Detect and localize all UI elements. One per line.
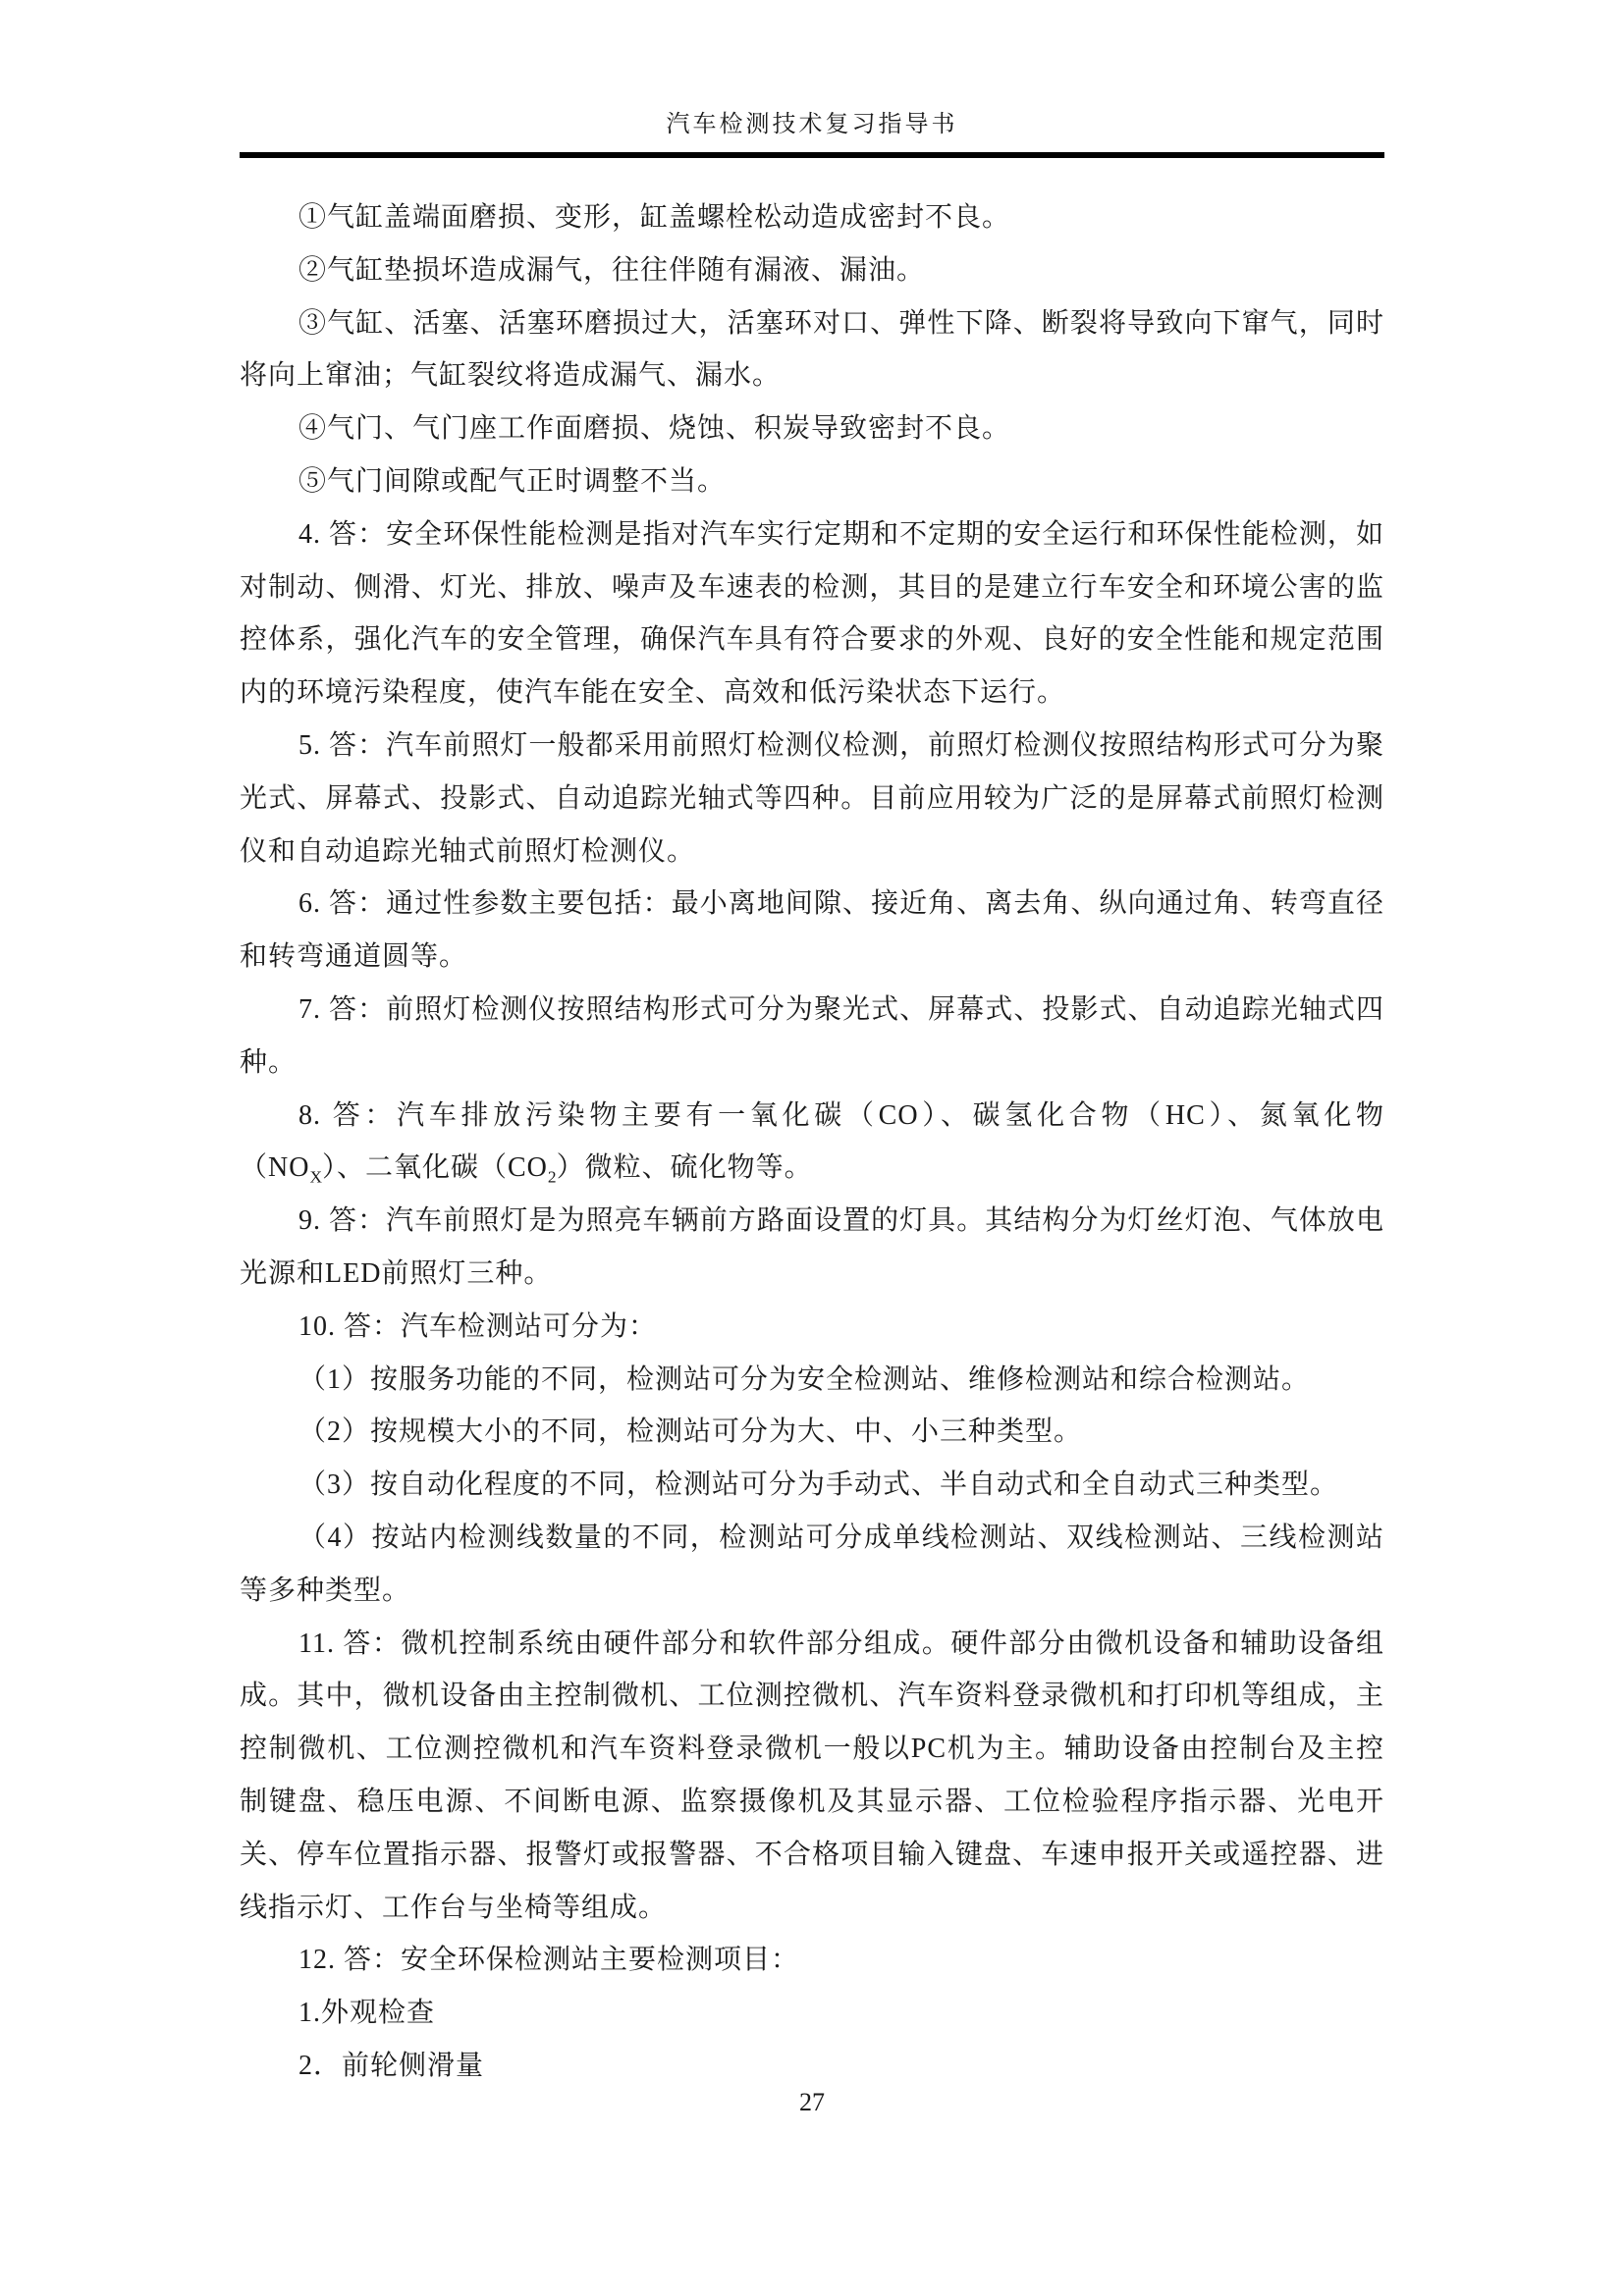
answer-paragraph-11: 11. 答：微机控制系统由硬件部分和软件部分组成。硬件部分由微机设备和辅助设备组… <box>240 1618 1384 1935</box>
nox-subscript: X <box>309 1168 322 1187</box>
co2-subscript: 2 <box>548 1168 557 1187</box>
station-type-item-2: （2）按规模大小的不同，检测站可分为大、中、小三种类型。 <box>240 1406 1384 1459</box>
page-number: 27 <box>0 2087 1624 2118</box>
defect-item-2: ②气缸垫损坏造成漏气，往往伴随有漏液、漏油。 <box>240 244 1384 297</box>
document-body: ①气缸盖端面磨损、变形，缸盖螺栓松动造成密封不良。 ②气缸垫损坏造成漏气，往往伴… <box>240 191 1384 2093</box>
check-item-2: 2．前轮侧滑量 <box>240 2040 1384 2093</box>
answer-paragraph-4: 4. 答：安全环保性能检测是指对汽车实行定期和不定期的安全运行和环保性能检测，如… <box>240 508 1384 720</box>
defect-item-4: ④气门、气门座工作面磨损、烧蚀、积炭导致密封不良。 <box>240 402 1384 455</box>
answer-paragraph-7: 7. 答：前照灯检测仪按照结构形式可分为聚光式、屏幕式、投影式、自动追踪光轴式四… <box>240 984 1384 1090</box>
answer-8-text: ）、二氧化碳（CO <box>322 1152 548 1183</box>
station-type-item-3: （3）按自动化程度的不同，检测站可分为手动式、半自动式和全自动式三种类型。 <box>240 1459 1384 1512</box>
answer-paragraph-12: 12. 答：安全环保检测站主要检测项目： <box>240 1934 1384 1987</box>
answer-8-text: ）微粒、硫化物等。 <box>557 1152 813 1183</box>
check-item-1: 1.外观检查 <box>240 1987 1384 2040</box>
defect-item-1: ①气缸盖端面磨损、变形，缸盖螺栓松动造成密封不良。 <box>240 191 1384 244</box>
station-type-item-4: （4）按站内检测线数量的不同，检测站可分成单线检测站、双线检测站、三线检测站等多… <box>240 1512 1384 1618</box>
answer-paragraph-8: 8. 答：汽车排放污染物主要有一氧化碳（CO）、碳氢化合物（HC）、氮氧化物（N… <box>240 1090 1384 1196</box>
page-header-title: 汽车检测技术复习指导书 <box>240 110 1384 139</box>
document-page: 汽车检测技术复习指导书 ①气缸盖端面磨损、变形，缸盖螺栓松动造成密封不良。 ②气… <box>0 0 1624 2296</box>
defect-item-3: ③气缸、活塞、活塞环磨损过大，活塞环对口、弹性下降、断裂将导致向下窜气，同时将向… <box>240 297 1384 403</box>
answer-paragraph-6: 6. 答：通过性参数主要包括：最小离地间隙、接近角、离去角、纵向通过角、转弯直径… <box>240 878 1384 984</box>
station-type-item-1: （1）按服务功能的不同，检测站可分为安全检测站、维修检测站和综合检测站。 <box>240 1354 1384 1407</box>
answer-paragraph-10: 10. 答：汽车检测站可分为： <box>240 1301 1384 1354</box>
defect-item-5: ⑤气门间隙或配气正时调整不当。 <box>240 455 1384 508</box>
answer-paragraph-5: 5. 答：汽车前照灯一般都采用前照灯检测仪检测，前照灯检测仪按照结构形式可分为聚… <box>240 720 1384 878</box>
answer-paragraph-9: 9. 答：汽车前照灯是为照亮车辆前方路面设置的灯具。其结构分为灯丝灯泡、气体放电… <box>240 1195 1384 1301</box>
header-divider <box>240 152 1384 158</box>
